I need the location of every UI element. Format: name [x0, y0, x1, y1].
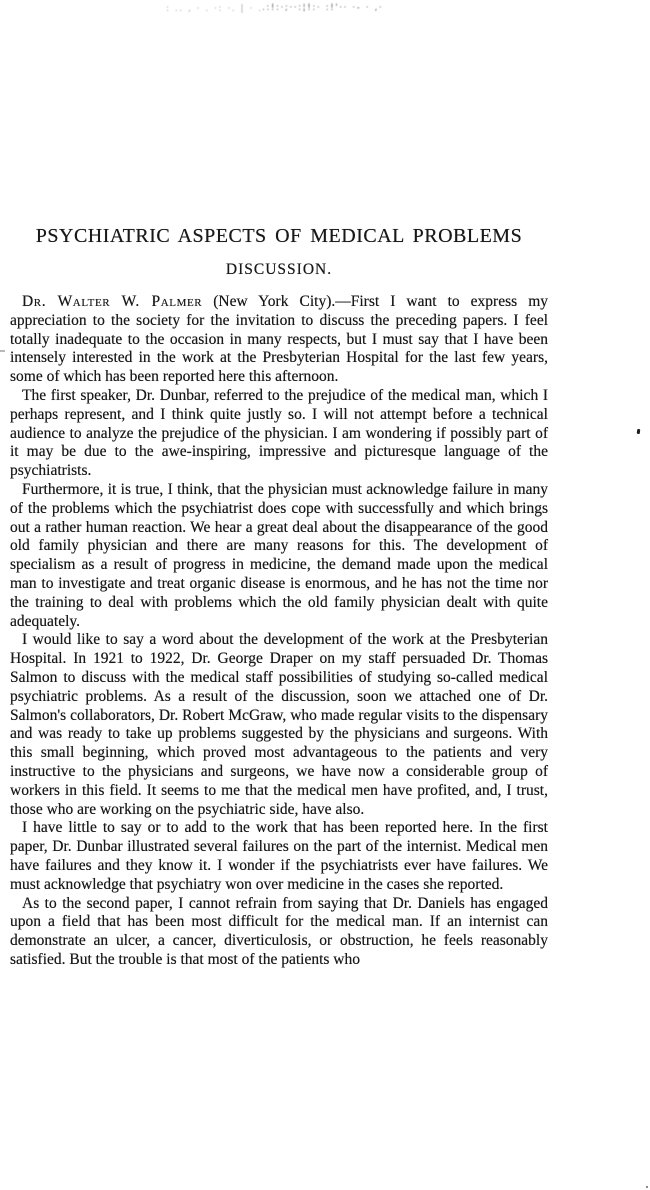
section-heading: DISCUSSION. — [10, 261, 548, 278]
paragraph: The first speaker, Dr. Dunbar, referred … — [10, 387, 548, 481]
paragraph: I would like to say a word about the dev… — [10, 631, 548, 819]
paragraph-opening: Dr. Walter W. Palmer (New York City).—Fi… — [10, 293, 548, 387]
scan-speck-right-margin — [637, 429, 641, 434]
scan-speck-bottom-right — [646, 1186, 648, 1188]
scan-speck-left-margin — [0, 350, 5, 352]
paper-title: PSYCHIATRIC ASPECTS OF MEDICAL PROBLEMS — [10, 225, 548, 248]
speaker-name: Dr. Walter W. Palmer — [22, 293, 202, 310]
paragraph: Furthermore, it is true, I think, that t… — [10, 481, 548, 631]
paragraph: As to the second paper, I cannot refrain… — [10, 895, 548, 970]
paragraph: I have little to say or to add to the wo… — [10, 819, 548, 894]
text-column: PSYCHIATRIC ASPECTS OF MEDICAL PROBLEMS … — [10, 0, 548, 970]
scanned-journal-page: : .. , · . ·: ·. | · . .:!:·;··:¦!:· :!'… — [0, 0, 650, 1190]
discussion-body: Dr. Walter W. Palmer (New York City).—Fi… — [10, 293, 548, 970]
